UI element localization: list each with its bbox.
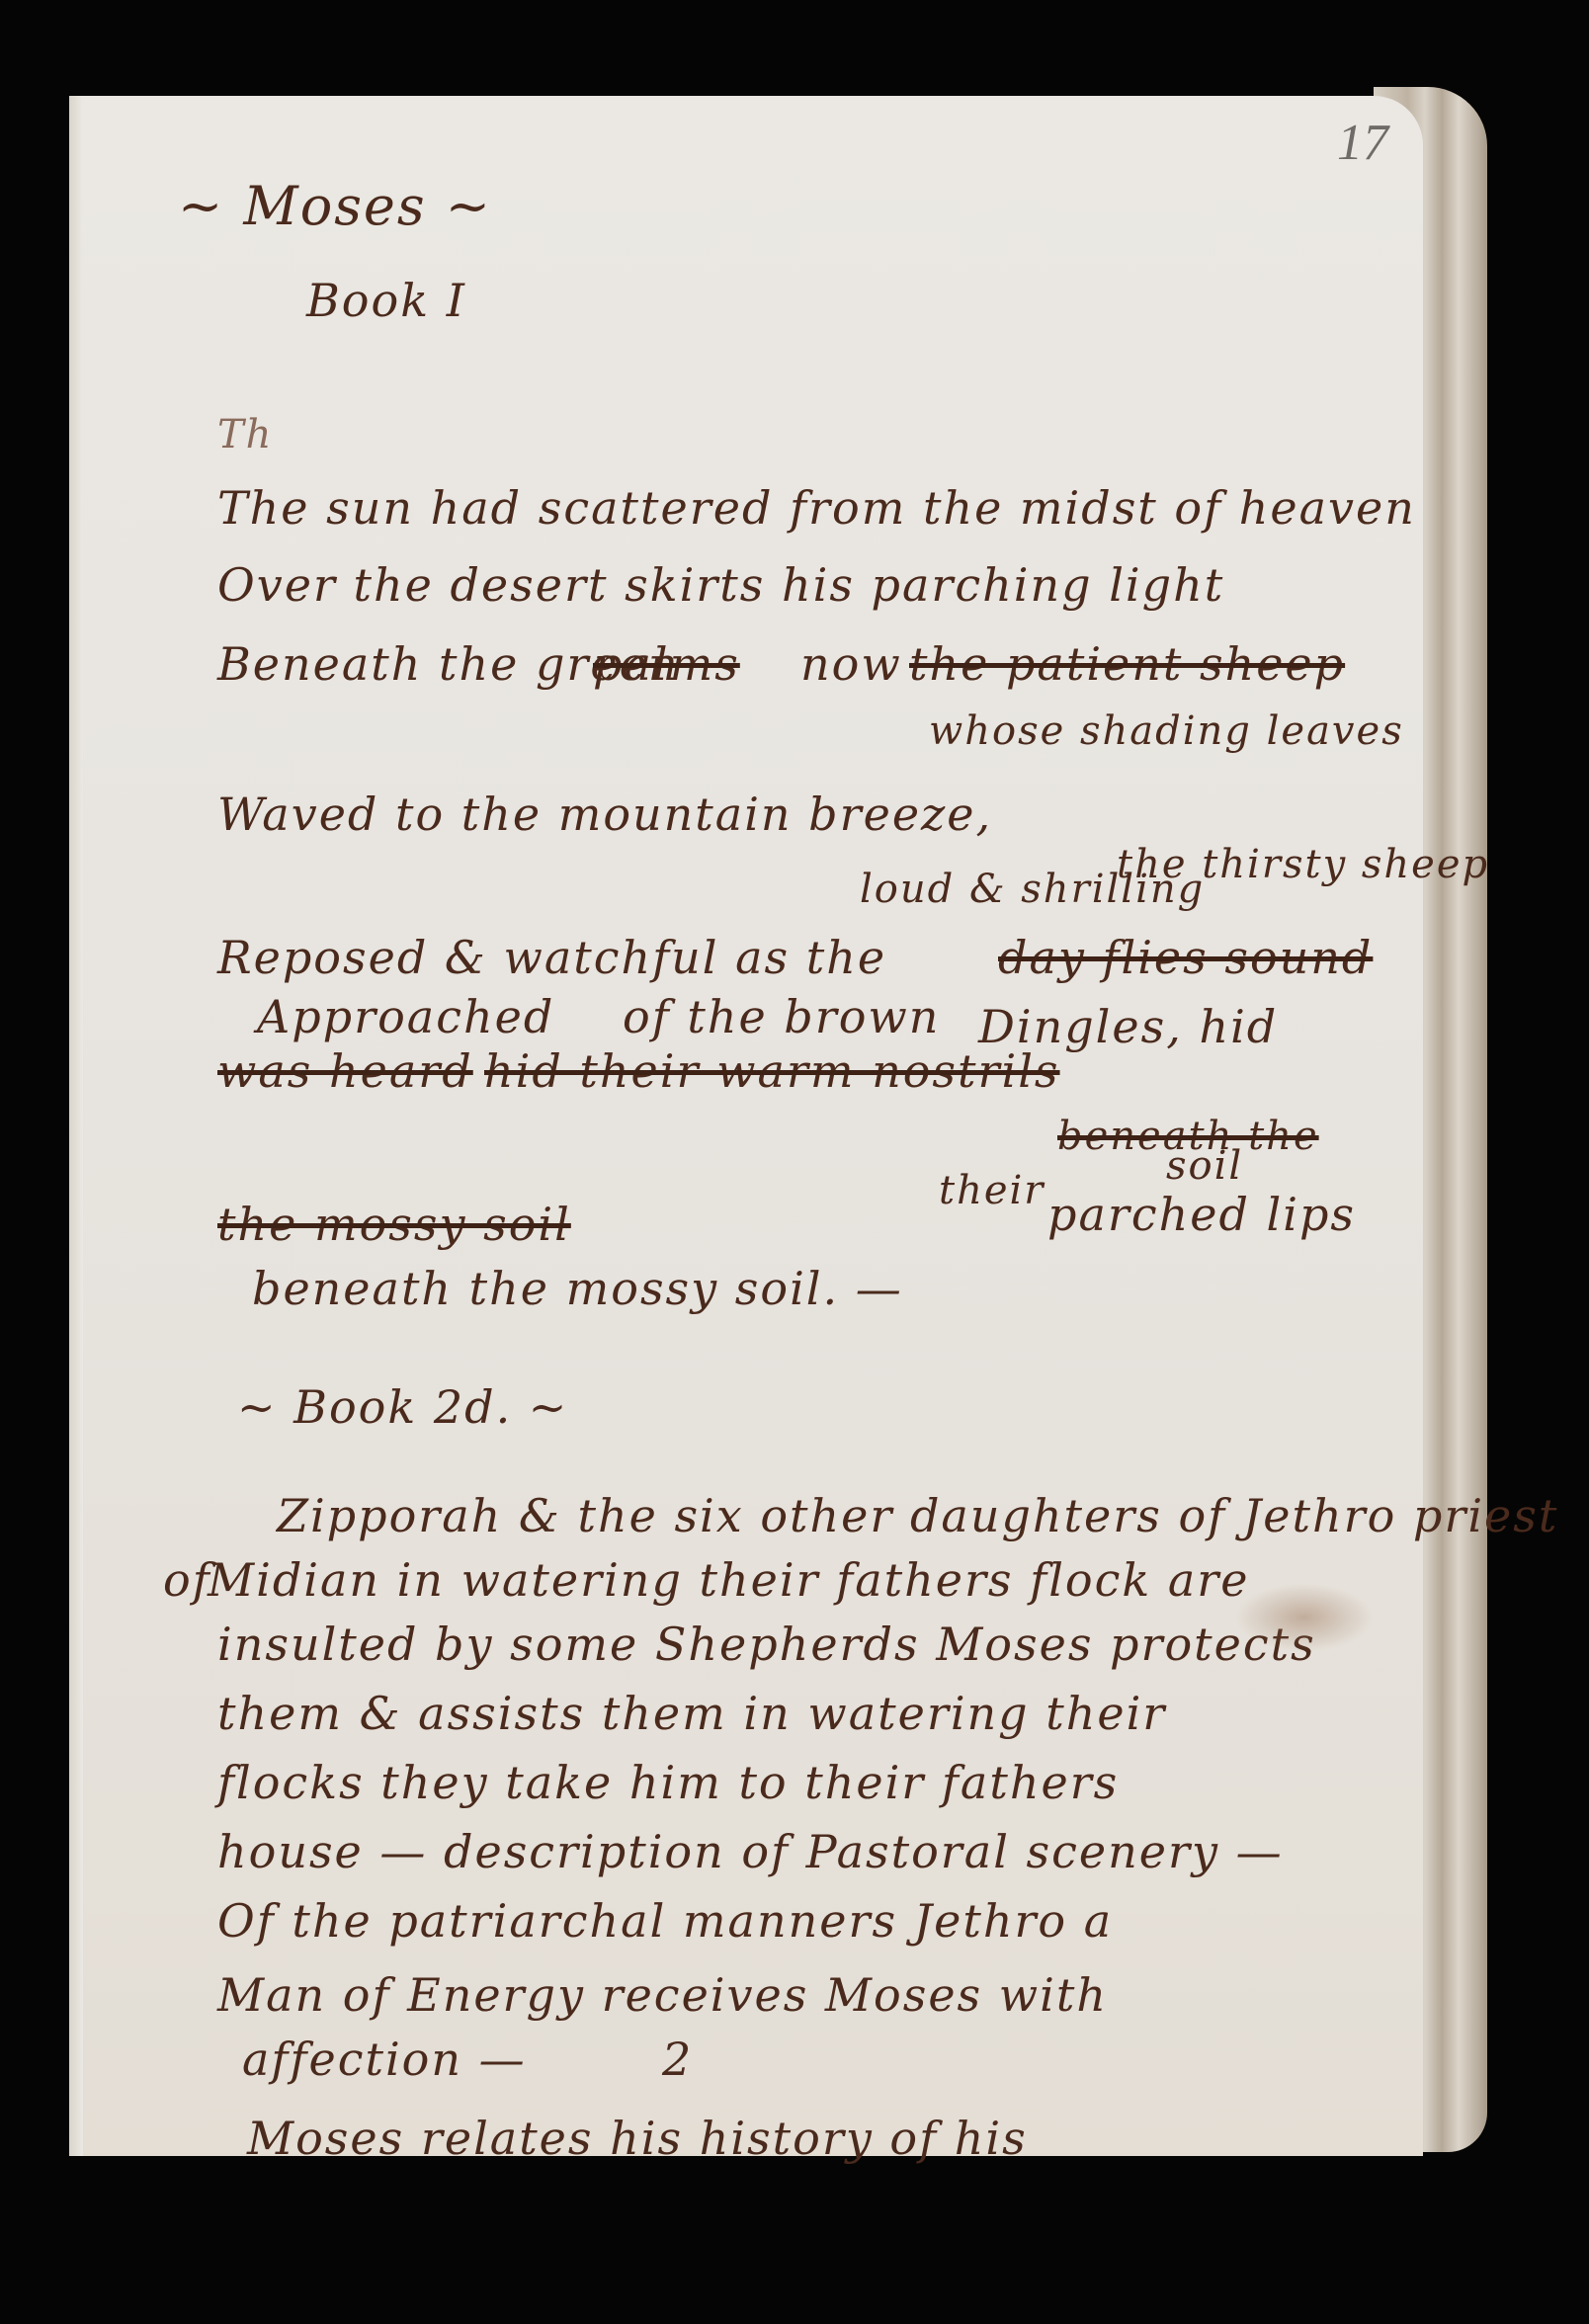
verse-line-2: Over the desert skirts his parching ligh… (217, 558, 1224, 612)
insert-thirsty-sheep: the thirsty sheep (1117, 842, 1489, 887)
struck-day-flies: day flies sound (998, 931, 1373, 984)
section-number: 2 (662, 2033, 693, 2086)
struck-patient-sheep: the patient sheep (909, 637, 1345, 691)
page-title: ~ Moses ~ (178, 175, 492, 237)
insert-their: their (939, 1168, 1045, 1213)
ink-stain (1235, 1583, 1374, 1652)
prose-line-1: Zipporah & the six other daughters of Je… (277, 1489, 1558, 1542)
verse-line-1: The sun had scattered from the midst of … (217, 481, 1416, 535)
manuscript-page: 17 ~ Moses ~ Book I Th The sun had scatt… (69, 96, 1423, 2156)
folio-number: 17 (1337, 114, 1388, 172)
insert-approached: Approached (257, 990, 554, 1043)
heading-book-1: Book I (306, 274, 466, 327)
struck-mossy-soil: the mossy soil (217, 1198, 571, 1251)
insert-of-the-brown: of the brown (623, 990, 940, 1043)
margin-of: of (163, 1553, 211, 1607)
verse-line-6: beneath the mossy soil. — (252, 1262, 903, 1315)
margin-mark: Th (217, 412, 273, 457)
word-now: now (800, 637, 902, 691)
prose-line-6: house — description of Pastoral scenery … (217, 1825, 1284, 1878)
insert-parched-lips: parched lips (1047, 1188, 1356, 1241)
struck-word-palms: palms (593, 637, 740, 691)
prose-line-2: Midian in watering their fathers flock a… (208, 1553, 1250, 1607)
insert-soil: soil (1166, 1143, 1243, 1189)
verse-line-4: Waved to the mountain breeze, (217, 788, 992, 841)
prose-line-7: Of the patriarchal manners Jethro a (217, 1894, 1113, 1948)
prose-line-8: Man of Energy receives Moses with (217, 1968, 1108, 2022)
page-gutter (69, 96, 83, 2156)
prose-line-10: Moses relates his history of his (247, 2112, 1028, 2165)
prose-line-3: insulted by some Shepherds Moses protect… (217, 1618, 1316, 1671)
prose-line-4: them & assists them in watering their (217, 1687, 1166, 1740)
prose-line-5: flocks they take him to their fathers (217, 1756, 1119, 1809)
verse-line-5: Reposed & watchful as the (217, 931, 886, 984)
insert-whose-shading-leaves: whose shading leaves (929, 708, 1404, 754)
prose-line-9: affection — (242, 2033, 527, 2086)
heading-book-2: ~ Book 2d. ~ (237, 1380, 568, 1434)
struck-was-heard: was heard (217, 1044, 473, 1098)
struck-warm-nostrils: hid their warm nostrils (484, 1044, 1060, 1098)
